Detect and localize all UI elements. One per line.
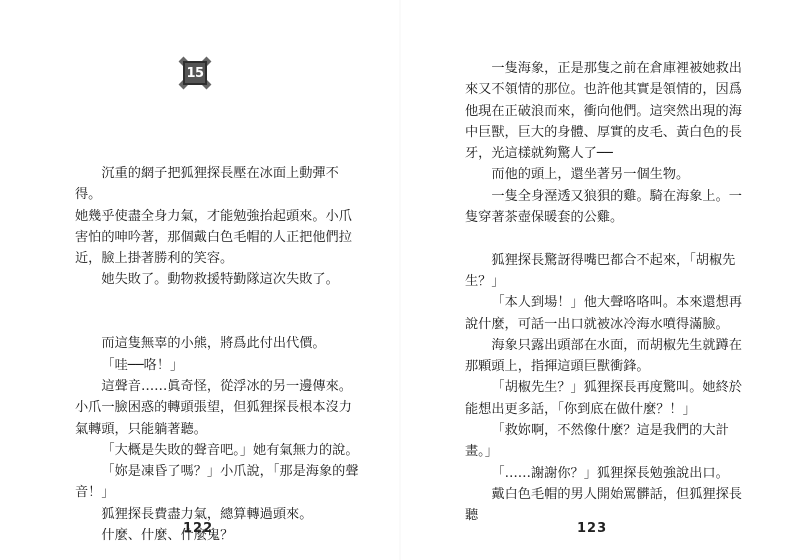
paragraph: 一隻海象，正是那隻之前在倉庫裡被她救出來又不領情的那位。也許他其實是領情的，因爲… <box>465 58 755 164</box>
paragraph: 沉重的網子把狐狸探長壓在冰面上動彈不得。 <box>75 163 365 206</box>
left-body-text: 沉重的網子把狐狸探長壓在冰面上動彈不得。 她幾乎使盡全身力氣，才能勉強抬起頭來。… <box>75 163 365 546</box>
paragraph: 狐狸探長驚訝得嘴巴都合不起來，「胡椒先生？」 <box>465 250 755 293</box>
paragraph: 「大概是失敗的聲音吧。」她有氣無力的說。 <box>75 440 365 461</box>
chapter-badge: 15 <box>180 58 210 88</box>
paragraph: 「……謝謝你？」狐狸探長勉強說出口。 <box>465 463 755 484</box>
paragraph: 狐狸探長費盡力氣，總算轉過頭來。 <box>75 504 365 525</box>
section-break <box>75 291 365 312</box>
paragraph: 戴白色毛帽的男人開始罵髒話，但狐狸探長聽 <box>465 484 755 527</box>
right-page: 一隻海象，正是那隻之前在倉庫裡被她救出來又不領情的那位。也許他其實是領情的，因爲… <box>400 0 800 560</box>
paragraph: 「妳是凍昏了嗎？」小爪說，「那是海象的聲音！」 <box>75 461 365 504</box>
left-page: 15 沉重的網子把狐狸探長壓在冰面上動彈不得。 她幾乎使盡全身力氣，才能勉強抬起… <box>0 0 400 560</box>
paragraph: 「哇──咯！」 <box>75 355 365 376</box>
section-break <box>465 228 755 249</box>
paragraph: 海象只露出頭部在水面，而胡椒先生就蹲在那顆頭上，指揮這頭巨獸衝鋒。 <box>465 335 755 378</box>
section-break <box>75 312 365 333</box>
paragraph: 「救妳啊，不然像什麼？這是我們的大計畫。」 <box>465 420 755 463</box>
page-number: 123 <box>577 521 607 536</box>
paragraph: 一隻全身溼透又狼狽的雞。騎在海象上。一隻穿著茶壺保暖套的公雞。 <box>465 186 755 229</box>
chapter-number: 15 <box>183 61 207 85</box>
paragraph: 「胡椒先生？」狐狸探長再度驚叫。她終於能想出更多話，「你到底在做什麼？！」 <box>465 377 755 420</box>
paragraph: 而這隻無辜的小熊，將爲此付出代價。 <box>75 333 365 354</box>
right-body-text: 一隻海象，正是那隻之前在倉庫裡被她救出來又不領情的那位。也許他其實是領情的，因爲… <box>465 58 755 527</box>
paragraph: 「本人到場！」他大聲咯咯叫。本來還想再說什麼，可話一出口就被冰冷海水噴得滿臉。 <box>465 292 755 335</box>
paragraph: 她失敗了。動物救援特勤隊這次失敗了。 <box>75 269 365 290</box>
paragraph: 什麼、什麼、什麼鬼？ <box>75 525 365 546</box>
paragraph: 這聲音……眞奇怪，從浮冰的另一邊傳來。小爪一臉困惑的轉頭張望，但狐狸探長根本沒力… <box>75 376 365 440</box>
page-number: 122 <box>183 521 213 536</box>
paragraph: 而他的頭上，還坐著另一個生物。 <box>465 164 755 185</box>
paragraph: 她幾乎使盡全身力氣，才能勉強抬起頭來。小爪害怕的呻吟著，那個戴白色毛帽的人正把他… <box>75 206 365 270</box>
